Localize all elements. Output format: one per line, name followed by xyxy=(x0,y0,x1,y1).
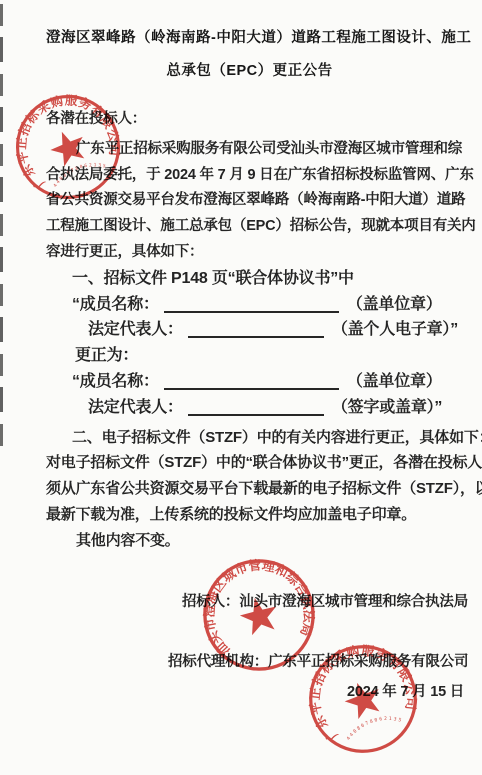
member-name-suffix: （盖单位章） xyxy=(347,373,442,390)
member-name-line-corrected: “成员名称：（盖单位章） xyxy=(46,369,453,395)
other-note: 其他内容不变。 xyxy=(46,528,453,554)
section2-line: 最新下载为准，上传系统的投标文件均应加盖电子印章。 xyxy=(46,502,453,528)
seal-star-icon xyxy=(237,593,282,637)
intro-line: 省公共资源交易平台发布澄海区翠峰路（岭海南路-中阳大道）道路 xyxy=(46,188,453,214)
document-title: 澄海区翠峰路（岭海南路-中阳大道）道路工程施工图设计、施工 总承包（EPC）更正… xyxy=(46,22,453,88)
scan-edge-artifact xyxy=(0,4,3,448)
legal-rep-line-corrected: 法定代表人：（签字或盖章）” xyxy=(46,395,453,421)
section2-line: 须从广东省公共资源交易平台下载最新的电子招标文件（STZF），以 xyxy=(46,476,453,502)
announcement-document: 澄海区翠峰路（岭海南路-中阳大道）道路工程施工图设计、施工 总承包（EPC）更正… xyxy=(0,0,482,775)
section2-line: 对电子招标文件（STZF）中的“联合体协议书”更正，各潜在投标人 xyxy=(46,450,453,476)
legal-rep-blank xyxy=(188,399,324,416)
correction-label: 更正为： xyxy=(46,343,453,369)
section2-heading: 二、电子招标文件（STZF）中的有关内容进行更正，具体如下： xyxy=(46,425,453,451)
svg-text:4408078062135: 4408078062135 xyxy=(342,709,403,743)
legal-rep-label: 法定代表人： xyxy=(88,399,183,416)
seal-star-icon xyxy=(340,677,386,722)
legal-rep-suffix: （盖个人电子章）” xyxy=(332,321,458,338)
member-name-suffix: （盖单位章） xyxy=(347,296,442,313)
member-name-label: “成员名称： xyxy=(72,296,159,313)
legal-rep-line-original: 法定代表人：（盖个人电子章）” xyxy=(46,317,453,343)
section1-heading: 一、招标文件 P148 页“联合体协议书”中 xyxy=(46,266,453,292)
member-name-label: “成员名称： xyxy=(72,373,159,390)
title-line-2: 总承包（EPC）更正公告 xyxy=(46,55,453,88)
seal-star-icon xyxy=(46,125,91,169)
intro-line: 容进行更正，具体如下： xyxy=(46,240,453,266)
member-name-line-original: “成员名称：（盖单位章） xyxy=(46,292,453,318)
legal-rep-label: 法定代表人： xyxy=(88,321,183,338)
legal-rep-blank xyxy=(188,321,324,338)
member-name-blank xyxy=(164,373,339,390)
intro-line: 工程施工图设计、施工总承包（EPC）招标公告，现就本项目有关内 xyxy=(46,214,453,240)
title-line-1: 澄海区翠峰路（岭海南路-中阳大道）道路工程施工图设计、施工 xyxy=(46,22,453,55)
seal-serial-number: 4408078062135 xyxy=(342,709,403,743)
legal-rep-suffix: （签字或盖章）” xyxy=(332,399,442,416)
member-name-blank xyxy=(164,296,339,313)
